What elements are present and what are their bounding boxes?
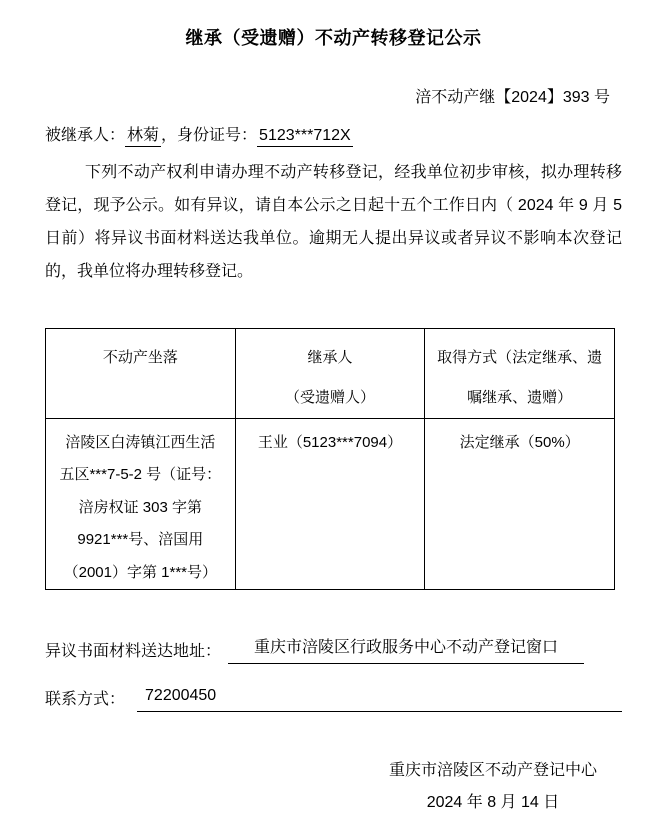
contact-value: 72200450 [137,684,622,712]
objection-address-value: 重庆市涪陵区行政服务中心不动产登记窗口 [228,636,584,664]
table-header-row: 不动产坐落 继承人 （受遗赠人） 取得方式（法定继承、遗 嘱继承、遗赠） [46,329,615,419]
cell-acquisition-method: 法定继承（50%） [425,419,615,590]
issuing-organization: 重庆市涪陵区不动产登记中心 [389,755,597,787]
cell-property-location: 涪陵区白涛镇江西生活 五区***7-5-2 号（证号： 涪房权证 303 字第 … [46,419,236,590]
decedent-label: 被继承人： [45,127,125,144]
decedent-line: 被继承人：林菊，身份证号：5123***712X [45,125,622,147]
contact-line: 联系方式：72200450 [45,684,622,712]
registration-table: 不动产坐落 继承人 （受遗赠人） 取得方式（法定继承、遗 嘱继承、遗赠） 涪陵区… [45,328,615,590]
notice-paragraph: 下列不动产权利申请办理不动产转移登记，经我单位初步审核，拟办理转移登记，现予公示… [45,156,622,288]
notice-document-page: 继承（受遗赠）不动产转移登记公示 涪不动产继【2024】393 号 被继承人：林… [0,0,669,817]
decedent-id-number: 5123***712X [257,127,353,147]
issue-date: 2024 年 8 月 14 日 [389,787,597,817]
contact-label: 联系方式： [45,691,125,708]
table-row: 涪陵区白涛镇江西生活 五区***7-5-2 号（证号： 涪房权证 303 字第 … [46,419,615,590]
header-acquisition-method: 取得方式（法定继承、遗 嘱继承、遗赠） [425,329,615,419]
id-label: ，身份证号： [161,127,257,144]
decedent-name: 林菊 [125,127,161,147]
header-heir: 继承人 （受遗赠人） [235,329,425,419]
cell-heir: 王业（5123***7094） [235,419,425,590]
header-property-location: 不动产坐落 [46,329,236,419]
objection-address-label: 异议书面材料送达地址： [45,643,221,660]
document-number: 涪不动产继【2024】393 号 [45,87,622,109]
page-title: 继承（受遗赠）不动产转移登记公示 [45,26,622,50]
signature-block: 重庆市涪陵区不动产登记中心 2024 年 8 月 14 日 [45,755,622,817]
objection-address-line: 异议书面材料送达地址：重庆市涪陵区行政服务中心不动产登记窗口 [45,636,622,664]
